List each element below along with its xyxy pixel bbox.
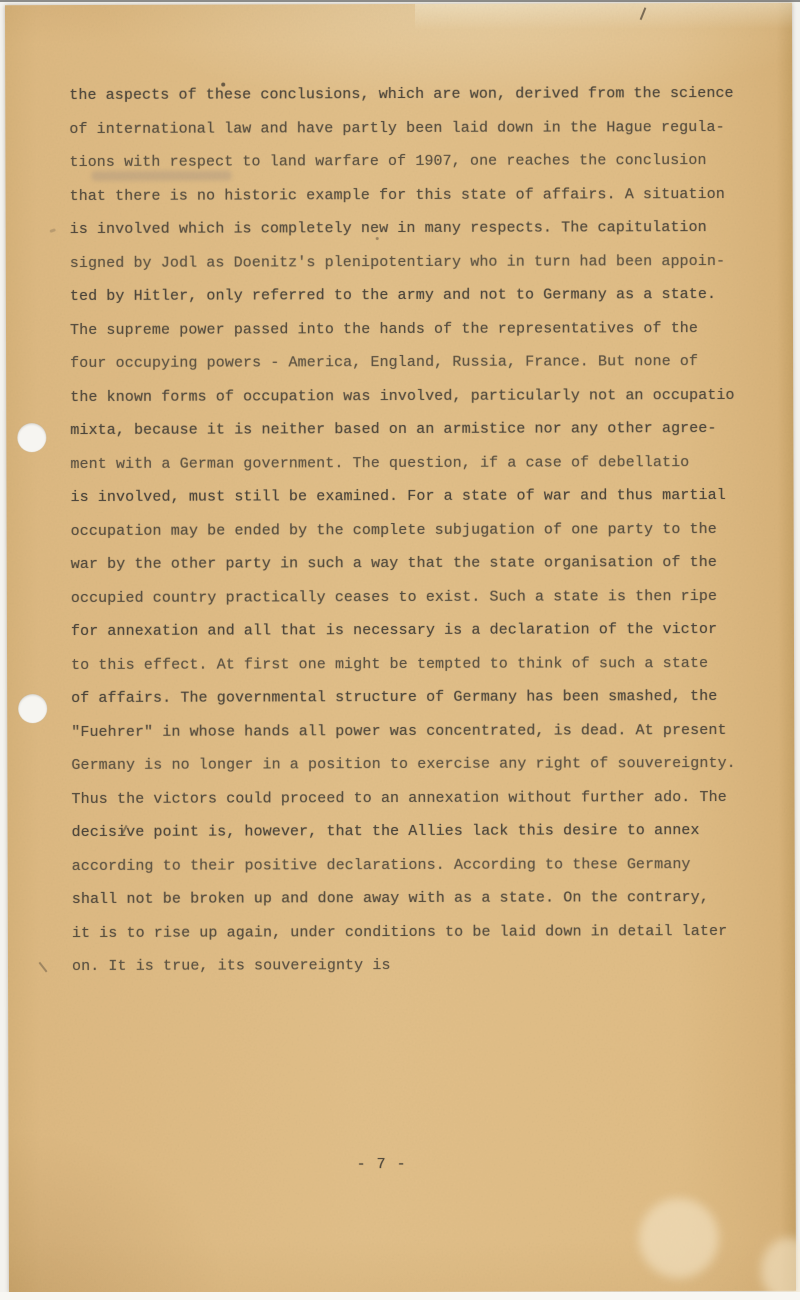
text-line: "Fuehrer" in whose hands all power was c…	[71, 713, 761, 749]
text-line: for annexation and all that is necessary…	[71, 613, 761, 649]
text-line: mixta, because it is neither based on an…	[70, 412, 760, 448]
text-line: Thus the victors could proceed to an ann…	[71, 780, 761, 816]
ink-dot	[221, 83, 225, 87]
text-line: four occupying powers - America, England…	[70, 345, 760, 381]
text-line: it is to rise up again, under conditions…	[72, 914, 762, 950]
text-line: is involved which is completely new in m…	[70, 211, 760, 247]
text-line: war by the other party in such a way tha…	[71, 546, 761, 582]
document-page: the aspects of these conclusions, which …	[5, 3, 796, 1293]
ink-dot	[376, 237, 379, 240]
paper-stain	[761, 1238, 800, 1300]
scan-frame-edge	[0, 0, 800, 2]
page-number: - 7 -	[357, 1156, 407, 1173]
pen-backslash-mark	[39, 962, 48, 973]
text-line: of affairs. The governmental structure o…	[71, 680, 761, 716]
text-line: on. It is true, its souvereignty is	[72, 948, 762, 984]
text-line: decisive point is, however, that the All…	[72, 814, 762, 850]
text-line: that there is no historic example for th…	[70, 177, 760, 213]
text-line: Germany is no longer in a position to ex…	[71, 747, 761, 783]
text-line: ment with a German government. The quest…	[70, 445, 760, 481]
text-line: tions with respect to land warfare of 19…	[69, 144, 759, 180]
punch-hole-bottom	[18, 694, 47, 723]
margin-smudge	[49, 228, 56, 233]
text-line: the known forms of occupation was involv…	[70, 378, 760, 414]
document-text: the aspects of these conclusions, which …	[69, 77, 762, 984]
text-line: The supreme power passed into the hands …	[70, 311, 760, 347]
text-line: the aspects of these conclusions, which …	[69, 77, 759, 113]
text-line: occupation may be ended by the complete …	[71, 512, 761, 548]
text-line: is involved, must still be examined. For…	[70, 479, 760, 515]
text-line: occupied country practically ceases to e…	[71, 579, 761, 615]
text-line: to this effect. At first one might be te…	[71, 646, 761, 682]
paper-stain	[639, 1198, 719, 1278]
text-line: shall not be broken up and done away wit…	[72, 881, 762, 917]
text-line: according to their positive declarations…	[72, 847, 762, 883]
text-line: ted by Hitler, only referred to the army…	[70, 278, 760, 314]
text-line: of international law and have partly bee…	[69, 110, 759, 146]
punch-hole-top	[17, 423, 46, 452]
text-line: signed by Jodl as Doenitz's plenipotenti…	[70, 244, 760, 280]
scan-frame-edge-bottom	[0, 1292, 800, 1300]
paper-highlight-band	[415, 3, 792, 30]
